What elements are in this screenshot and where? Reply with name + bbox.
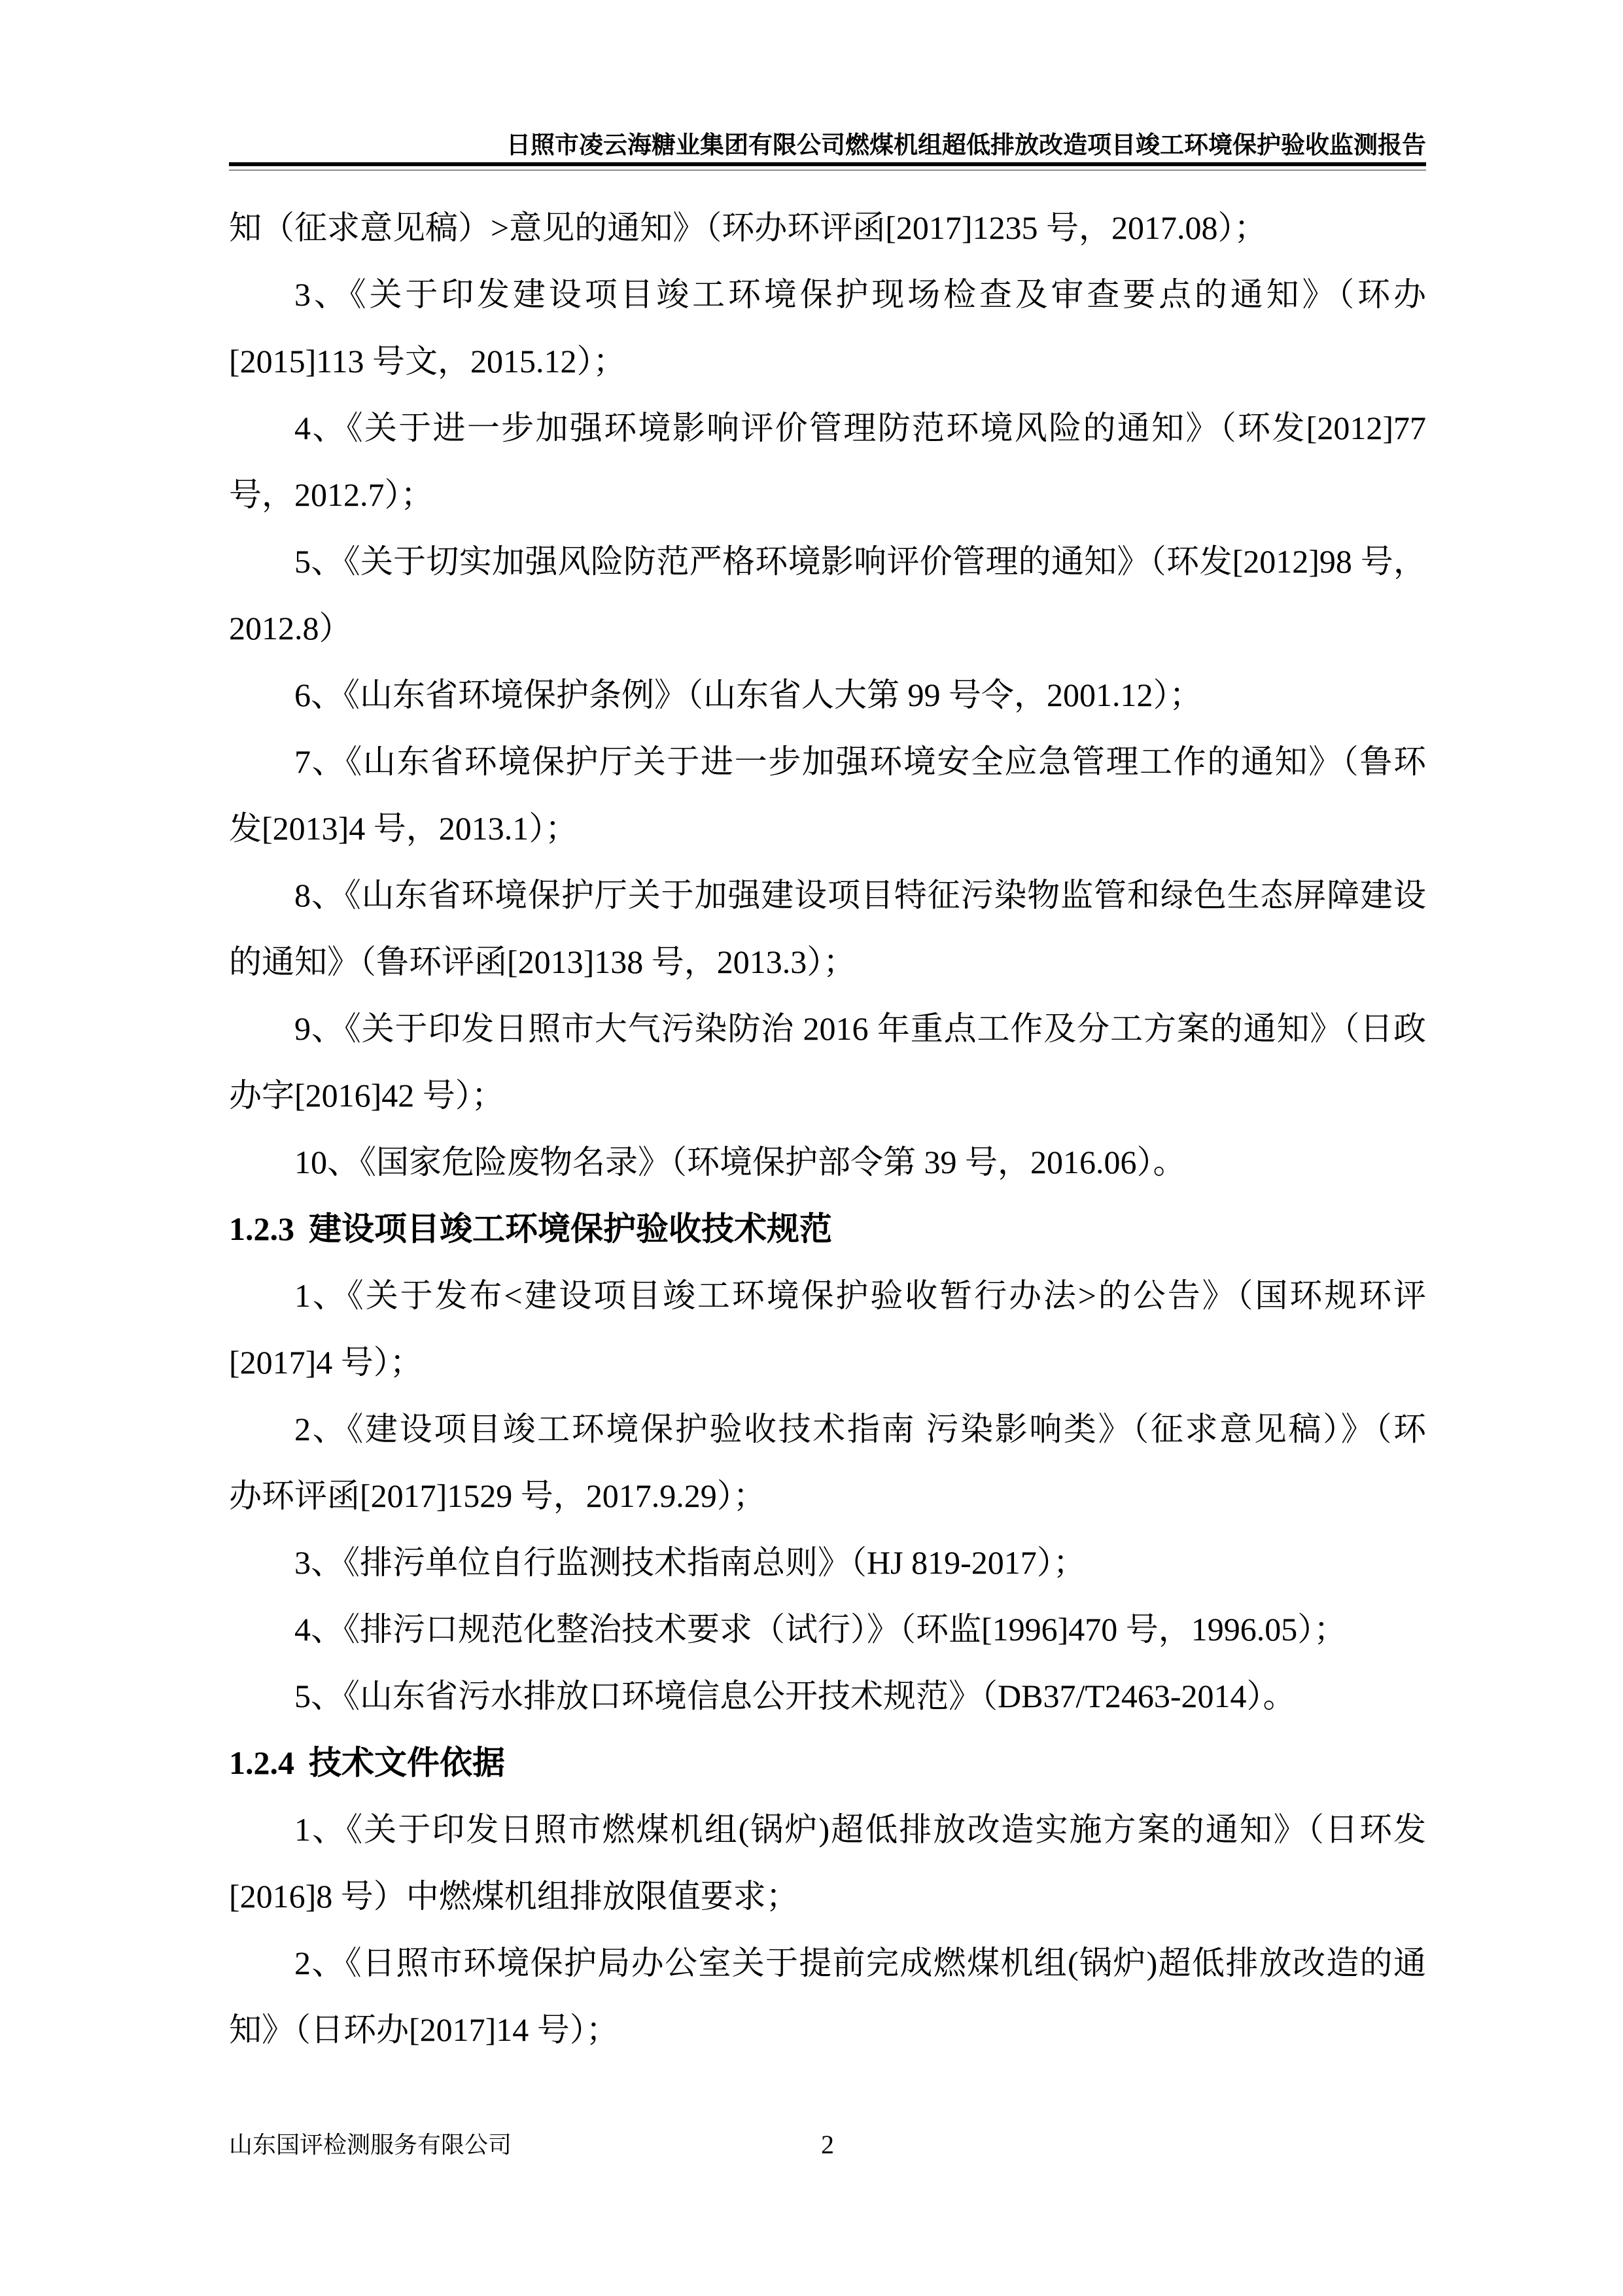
doc-line-13: 9、《关于印发日照市大气污染防治 2016 年重点工作及分工方案的通知》（日政 <box>229 995 1426 1062</box>
doc-line-22: 4、《排污口规范化整治技术要求（试行）》（环监[1996]470 号，1996.… <box>229 1596 1426 1663</box>
page-footer: 山东国评检测服务有限公司 2 <box>229 2125 1426 2164</box>
section-heading-1-2-3: 1.2.3建设项目竣工环境保护验收技术规范 <box>229 1195 1426 1262</box>
doc-line-09: 7、《山东省环境保护厅关于进一步加强环境安全应急管理工作的通知》（鲁环 <box>229 728 1426 795</box>
page-header-title: 日照市凌云海糖业集团有限公司燃煤机组超低排放改造项目竣工环境保护验收监测报告 <box>229 130 1426 166</box>
doc-line-10: 发[2013]4 号，2013.1）； <box>229 795 1426 862</box>
section-title: 建设项目竣工环境保护验收技术规范 <box>309 1210 832 1247</box>
doc-line-19: 2、《建设项目竣工环境保护验收技术指南 污染影响类》（征求意见稿）》（环 <box>229 1396 1426 1462</box>
doc-line-14: 办字[2016]42 号）； <box>229 1062 1426 1129</box>
doc-line-04: 4、《关于进一步加强环境影响评价管理防范环境风险的通知》（环发[2012]77 <box>229 395 1426 461</box>
header-rule <box>229 169 1426 171</box>
section-number: 1.2.4 <box>229 1744 294 1781</box>
doc-line-05: 号，2012.7）； <box>229 461 1426 528</box>
doc-line-03: [2015]113 号文，2015.12）； <box>229 328 1426 395</box>
document-body: 知（征求意见稿）>意见的通知》（环办环评函[2017]1235 号，2017.0… <box>229 194 1426 2063</box>
footer-page-number: 2 <box>229 2125 1426 2164</box>
doc-line-25: 1、《关于印发日照市燃煤机组(锅炉)超低排放改造实施方案的通知》（日环发 <box>229 1796 1426 1863</box>
doc-line-21: 3、《排污单位自行监测技术指南总则》（HJ 819-2017）； <box>229 1529 1426 1596</box>
doc-line-06: 5、《关于切实加强风险防范严格环境影响评价管理的通知》（环发[2012]98 号… <box>229 528 1426 595</box>
doc-line-15: 10、《国家危险废物名录》（环境保护部令第 39 号，2016.06）。 <box>229 1129 1426 1195</box>
section-heading-1-2-4: 1.2.4技术文件依据 <box>229 1729 1426 1796</box>
doc-line-01: 知（征求意见稿）>意见的通知》（环办环评函[2017]1235 号，2017.0… <box>229 194 1426 261</box>
doc-line-20: 办环评函[2017]1529 号，2017.9.29）； <box>229 1462 1426 1529</box>
doc-line-07: 2012.8） <box>229 595 1426 662</box>
doc-line-08: 6、《山东省环境保护条例》（山东省人大第 99 号令，2001.12）； <box>229 662 1426 728</box>
section-title: 技术文件依据 <box>309 1744 505 1781</box>
doc-line-11: 8、《山东省环境保护厅关于加强建设项目特征污染物监管和绿色生态屏障建设 <box>229 862 1426 928</box>
doc-line-12: 的通知》（鲁环评函[2013]138 号，2013.3）； <box>229 928 1426 995</box>
doc-line-17: 1、《关于发布<建设项目竣工环境保护验收暂行办法>的公告》（国环规环评 <box>229 1262 1426 1329</box>
document-page: 日照市凌云海糖业集团有限公司燃煤机组超低排放改造项目竣工环境保护验收监测报告 知… <box>0 0 1623 2296</box>
doc-line-18: [2017]4 号）； <box>229 1329 1426 1396</box>
doc-line-02: 3、《关于印发建设项目竣工环境保护现场检查及审查要点的通知》（环办 <box>229 261 1426 328</box>
doc-line-26: [2016]8 号）中燃煤机组排放限值要求； <box>229 1863 1426 1930</box>
doc-line-23: 5、《山东省污水排放口环境信息公开技术规范》（DB37/T2463-2014）。 <box>229 1663 1426 1729</box>
section-number: 1.2.3 <box>229 1210 294 1247</box>
doc-line-28: 知》（日环办[2017]14 号）； <box>229 1996 1426 2063</box>
doc-line-27: 2、《日照市环境保护局办公室关于提前完成燃煤机组(锅炉)超低排放改造的通 <box>229 1930 1426 1996</box>
